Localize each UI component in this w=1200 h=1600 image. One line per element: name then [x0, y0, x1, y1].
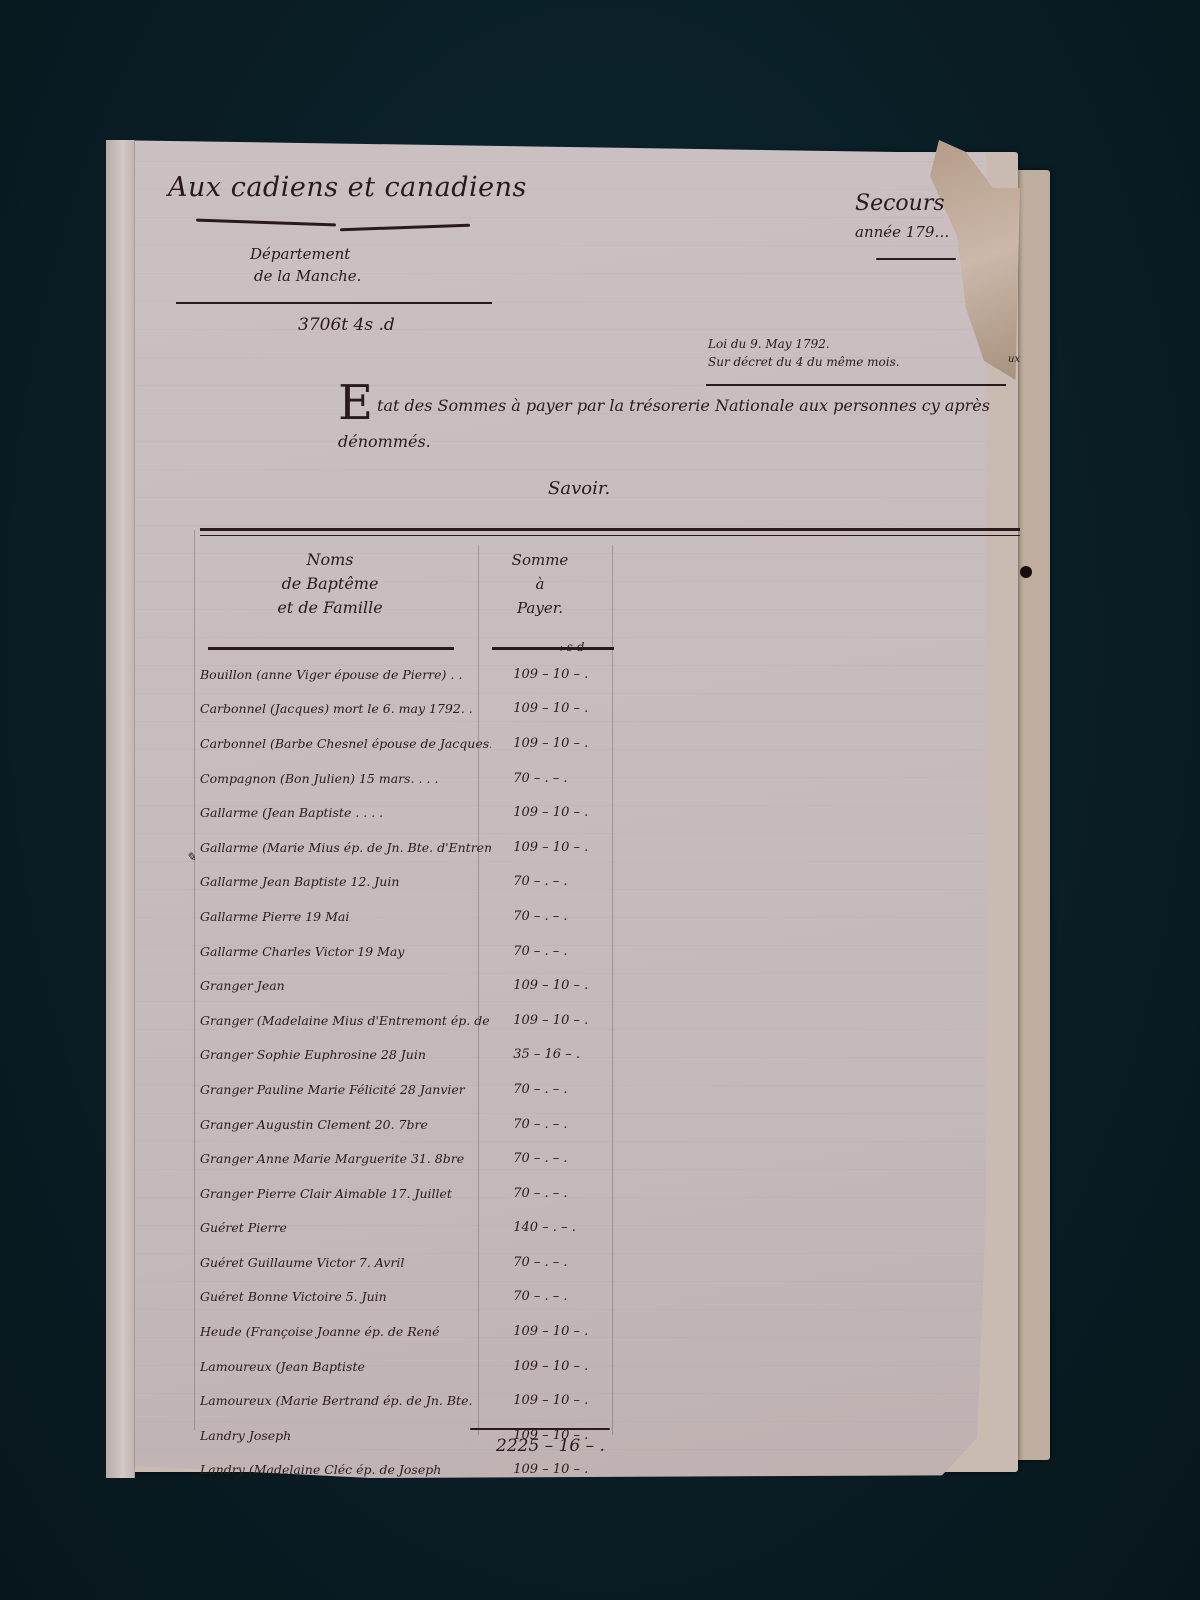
table-row: Granger Jean109 – 10 – .	[200, 968, 620, 1003]
entry-name: Gallarme (Jean Baptiste . . . .	[200, 805, 491, 820]
table-row: Carbonnel (Barbe Chesnel épouse de Jacqu…	[200, 726, 620, 761]
table-row: Granger Pierre Clair Aimable 17. Juillet…	[200, 1176, 620, 1211]
header-line: et de Famille	[210, 596, 450, 620]
table-row: Heude (Françoise Joanne ép. de René109 –…	[200, 1314, 620, 1349]
statement-text: Etat des Sommes à payer par la trésoreri…	[338, 385, 998, 460]
total-amount: 2225 – 16 – .	[496, 1436, 605, 1456]
entry-name: Gallarme (Marie Mius ép. de Jn. Bte. d'E…	[200, 840, 491, 855]
header-underline	[208, 647, 454, 650]
table-row: Gallarme (Jean Baptiste . . . .109 – 10 …	[200, 795, 620, 830]
table-row: Granger (Madelaine Mius d'Entremont ép. …	[200, 1003, 620, 1038]
header-underline	[492, 647, 614, 650]
department-line-2: de la Manche.	[254, 265, 361, 287]
table-top-rule-thin	[200, 535, 1020, 536]
secours-line-1: Secours	[855, 190, 949, 218]
law-line-1: Loi du 9. May 1792.	[708, 335, 900, 353]
entry-amount: 109 – 10 – .	[491, 805, 620, 820]
entry-amount: 109 – 10 – .	[491, 840, 620, 855]
entry-amount: 70 – . – .	[491, 1082, 620, 1097]
entry-amount: 109 – 10 – .	[491, 978, 620, 993]
entry-name: Lamoureux (Jean Baptiste	[200, 1359, 491, 1374]
margin-mark-icon: ✎	[186, 850, 196, 864]
entry-name: Carbonnel (Barbe Chesnel épouse de Jacqu…	[200, 736, 491, 751]
table-row: Compagnon (Bon Julien) 15 mars. . . .70 …	[200, 761, 620, 796]
ledger-rows: Bouillon (anne Viger épouse de Pierre) .…	[200, 657, 620, 1487]
table-row: Gallarme Charles Victor 19 May70 – . – .	[200, 934, 620, 969]
entry-amount: 70 – . – .	[491, 1255, 620, 1270]
entry-amount: 70 – . – .	[491, 1289, 620, 1304]
entry-name: Gallarme Jean Baptiste 12. Juin	[200, 874, 491, 889]
entry-amount: 109 – 10 – .	[491, 1462, 620, 1477]
table-row: Landry (Madelaine Cléc ép. de Joseph109 …	[200, 1453, 620, 1488]
entry-amount: 70 – . – .	[491, 874, 620, 889]
table-row: Granger Pauline Marie Félicité 28 Janvie…	[200, 1072, 620, 1107]
total-flourish	[470, 1428, 610, 1430]
edge-note: ux	[1008, 354, 1020, 365]
law-reference: Loi du 9. May 1792. Sur décret du 4 du m…	[708, 335, 900, 371]
header-line: Noms	[210, 548, 450, 572]
entry-name: Compagnon (Bon Julien) 15 mars. . . .	[200, 771, 491, 786]
secours-flourish	[876, 258, 956, 260]
table-row: Gallarme Pierre 19 Mai70 – . – .	[200, 899, 620, 934]
column-header-names: Noms de Baptême et de Famille	[210, 548, 450, 620]
table-row: Guéret Bonne Victoire 5. Juin70 – . – .	[200, 1280, 620, 1315]
entry-amount: 109 – 10 – .	[491, 1013, 620, 1028]
table-top-rule	[200, 528, 1020, 531]
entry-amount: 140 – . – .	[491, 1220, 620, 1235]
table-row: Gallarme Jean Baptiste 12. Juin70 – . – …	[200, 865, 620, 900]
entry-name: Lamoureux (Marie Bertrand ép. de Jn. Bte…	[200, 1393, 491, 1408]
secours-label: Secours année 179…	[855, 190, 949, 246]
entry-amount: 109 – 10 – .	[491, 667, 620, 682]
entry-name: Granger (Madelaine Mius d'Entremont ép. …	[200, 1013, 491, 1028]
table-row: Lamoureux (Marie Bertrand ép. de Jn. Bte…	[200, 1383, 620, 1418]
header-rule	[176, 302, 492, 304]
table-row: Carbonnel (Jacques) mort le 6. may 1792.…	[200, 692, 620, 727]
entry-name: Guéret Pierre	[200, 1220, 491, 1235]
entry-name: Carbonnel (Jacques) mort le 6. may 1792.…	[200, 701, 491, 716]
entry-name: Heude (Françoise Joanne ép. de René	[200, 1324, 491, 1339]
table-row: Granger Sophie Euphrosine 28 Juin35 – 16…	[200, 1038, 620, 1073]
entry-name: Granger Anne Marie Marguerite 31. 8bre	[200, 1151, 491, 1166]
entry-amount: 70 – . – .	[491, 1117, 620, 1132]
department-line-1: Département	[250, 243, 361, 265]
table-row: Guéret Pierre140 – . – .	[200, 1211, 620, 1246]
column-divider	[194, 530, 195, 1430]
entry-name: Granger Jean	[200, 978, 491, 993]
entry-amount: 35 – 16 – .	[491, 1047, 620, 1062]
entry-amount: 70 – . – .	[491, 909, 620, 924]
ink-blot	[1020, 566, 1032, 578]
entry-amount: 70 – . – .	[491, 944, 620, 959]
secours-line-2: année 179…	[855, 218, 949, 246]
page-fold	[106, 140, 135, 1478]
law-line-2: Sur décret du 4 du même mois.	[708, 353, 900, 371]
statement-initial: E	[338, 375, 373, 431]
reference-number: 3706t 4s .d	[298, 315, 395, 335]
header-line: de Baptême	[210, 572, 450, 596]
entry-name: Gallarme Charles Victor 19 May	[200, 944, 491, 959]
table-row: Guéret Guillaume Victor 7. Avril70 – . –…	[200, 1245, 620, 1280]
entry-amount: 70 – . – .	[491, 771, 620, 786]
entry-name: Granger Sophie Euphrosine 28 Juin	[200, 1047, 491, 1062]
entry-amount: 109 – 10 – .	[491, 1324, 620, 1339]
entry-name: Guéret Guillaume Victor 7. Avril	[200, 1255, 491, 1270]
entry-amount: 70 – . – .	[491, 1151, 620, 1166]
entry-name: Landry Joseph	[200, 1428, 491, 1443]
entry-amount: 109 – 10 – .	[491, 1359, 620, 1374]
table-row: Gallarme (Marie Mius ép. de Jn. Bte. d'E…	[200, 830, 620, 865]
entry-name: Landry (Madelaine Cléc ép. de Joseph	[200, 1462, 491, 1477]
table-row: Granger Anne Marie Marguerite 31. 8bre70…	[200, 1141, 620, 1176]
entry-name: Bouillon (anne Viger épouse de Pierre) .…	[200, 667, 491, 682]
statement-body: tat des Sommes à payer par la trésorerie…	[338, 396, 990, 451]
table-row: Bouillon (anne Viger épouse de Pierre) .…	[200, 657, 620, 692]
header-line: Somme	[480, 548, 600, 572]
entry-name: Gallarme Pierre 19 Mai	[200, 909, 491, 924]
department-label: Département de la Manche.	[250, 243, 361, 287]
entry-amount: 70 – . – .	[491, 1186, 620, 1201]
entry-amount: 109 – 10 – .	[491, 1393, 620, 1408]
header-line: à	[480, 572, 600, 596]
entry-amount: 109 – 10 – .	[491, 701, 620, 716]
entry-amount: 109 – 10 – .	[491, 736, 620, 751]
entry-name: Granger Pierre Clair Aimable 17. Juillet	[200, 1186, 491, 1201]
table-row: Lamoureux (Jean Baptiste109 – 10 – .	[200, 1349, 620, 1384]
entry-name: Guéret Bonne Victoire 5. Juin	[200, 1289, 491, 1304]
currency-units: ₗ s d	[560, 640, 584, 654]
entry-name: Granger Augustin Clement 20. 7bre	[200, 1117, 491, 1132]
column-header-amount: Somme à Payer.	[480, 548, 600, 620]
header-line: Payer.	[480, 596, 600, 620]
entry-name: Granger Pauline Marie Félicité 28 Janvie…	[200, 1082, 491, 1097]
table-row: Granger Augustin Clement 20. 7bre70 – . …	[200, 1107, 620, 1142]
savoir-label: Savoir.	[548, 478, 610, 499]
document-title: Aux cadiens et canadiens	[168, 172, 527, 203]
